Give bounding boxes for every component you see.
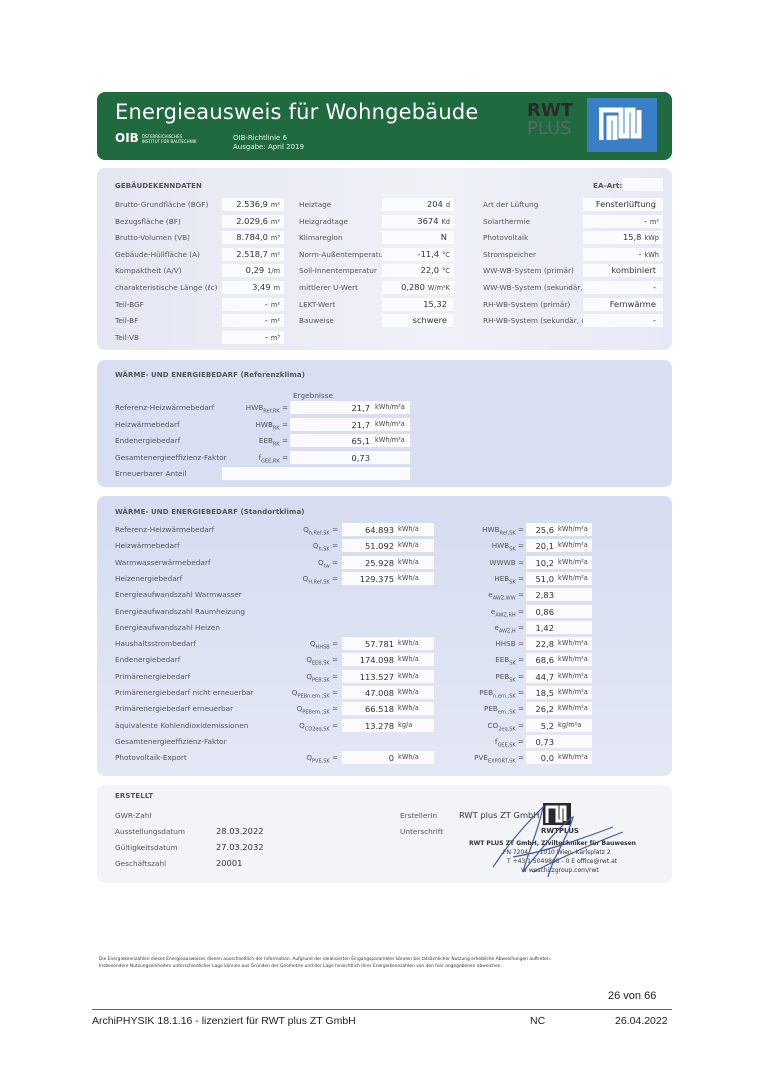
value-unit: m <box>274 284 280 292</box>
signature-stamp: RWTPLUS RWT PLUS ZT GmbH, Ziviltechniker… <box>463 797 673 885</box>
site-row-q-value: 64.893 <box>342 525 394 535</box>
site-row-q-symbol: QCO2eq,SK = <box>270 721 338 732</box>
site-row-s-value: 2,83 <box>526 590 554 600</box>
site-row-q-value: 129.375 <box>342 574 394 584</box>
field-value: 2.536,9m² <box>222 199 280 209</box>
ref-row-value: 65,1 <box>300 436 370 446</box>
site-row-s-unit: kWh/m²a <box>558 574 588 582</box>
site-row-s-value: 20,1 <box>526 541 554 551</box>
site-row-label: Gesamtenergieeffizienz-Faktor <box>115 737 227 746</box>
signature-label: Unterschrift <box>400 827 443 836</box>
field-label: RH-WB-System (sekundär, opt.) <box>483 316 599 325</box>
value-text: 0,29 <box>246 265 264 275</box>
site-row-q-unit: kWh/a <box>398 558 419 566</box>
site-row-s-unit: kWh/m²a <box>558 688 588 696</box>
field-value: -11,4°C <box>382 249 450 259</box>
site-row-s-value: 68,6 <box>526 655 554 665</box>
field-value: 3674Kd <box>382 216 450 226</box>
site-row-label: Heizenergiebedarf <box>115 574 182 583</box>
value-unit: Kd <box>441 218 450 226</box>
site-row-q-symbol: QH,Ref,SK = <box>270 574 338 585</box>
field-value: 2.029,6m² <box>222 216 280 226</box>
value-text: N <box>441 232 447 242</box>
issued-row-value: 27.03.2032 <box>216 842 264 852</box>
footer-divider <box>92 1009 672 1010</box>
value-text: 2.536,9 <box>236 199 268 209</box>
oib-logo: OIBÖSTERREICHISCHESINSTITUT FÜR BAUTECHN… <box>115 131 197 145</box>
site-row-s-symbol: eAWZ,H = <box>455 623 524 634</box>
ref-row-value: 21,7 <box>300 403 370 413</box>
ref-row-label: Heizwärmebedarf <box>115 420 180 429</box>
site-row-s-unit: kWh/m²a <box>558 541 588 549</box>
value-text: 3,49 <box>252 282 270 292</box>
site-row-q-symbol: Qh,SK = <box>270 541 338 552</box>
field-value: -m² <box>222 299 280 309</box>
issued-row-value: 28.03.2022 <box>216 826 264 836</box>
brand-name: RWT PLUS <box>527 102 573 138</box>
brand-line-2: PLUS <box>527 120 573 138</box>
value-unit: m² <box>271 201 280 209</box>
value-unit: m² <box>271 301 280 309</box>
section-title-reference-climate: WÄRME- UND ENERGIEBEDARF (Referenzklima) <box>115 371 305 379</box>
section-title-building-data: GEBÄUDEKENNDATEN <box>115 182 202 190</box>
value-text: 2.518,7 <box>236 249 268 259</box>
field-value: 3,49m <box>222 282 280 292</box>
value-text: 15,8 <box>623 232 641 242</box>
field-label: LEKT-Wert <box>299 300 335 309</box>
site-row-q-unit: kWh/a <box>398 753 419 761</box>
ea-art-label: EA-Art: <box>593 181 622 190</box>
site-row-label: Energieaufwandszahl Warmwasser <box>115 590 242 599</box>
site-row-s-value: 0,86 <box>526 607 554 617</box>
handwritten-signature <box>483 797 633 885</box>
issued-row-label: GWR-Zahl <box>115 811 151 820</box>
footer-date: 26.04.2022 <box>615 1015 668 1027</box>
value-text: - <box>265 332 268 342</box>
value-text: schwere <box>413 315 447 325</box>
ref-row-value: 0,73 <box>300 453 370 463</box>
issued-row-value: 20001 <box>216 858 242 868</box>
field-label: Photovoltaik <box>483 233 528 242</box>
site-row-q-unit: kWh/a <box>398 688 419 696</box>
site-row-q-value: 51.092 <box>342 541 394 551</box>
field-value: 15,32 <box>382 299 450 309</box>
value-text: - <box>644 216 647 226</box>
field-value: - <box>583 282 659 292</box>
site-row-q-value: 25.928 <box>342 558 394 568</box>
issued-row-label: Geschäftszahl <box>115 859 166 868</box>
value-text: -11,4 <box>418 249 439 259</box>
site-row-s-value: 25,6 <box>526 525 554 535</box>
field-value: -m³ <box>222 332 280 342</box>
site-row-s-unit: kWh/m²a <box>558 672 588 680</box>
ref-row-label: Erneuerbarer Anteil <box>115 469 186 478</box>
footer-code: NC <box>530 1015 545 1027</box>
site-row-q-symbol: QHHSB = <box>270 639 338 650</box>
value-text: - <box>638 249 641 259</box>
site-row-q-unit: kWh/a <box>398 525 419 533</box>
site-row-q-unit: kWh/a <box>398 541 419 549</box>
field-label: Gebäude-Hüllfläche (A) <box>115 250 200 259</box>
results-header: Ergebnisse <box>293 391 333 400</box>
document-title: Energieausweis für Wohngebäude <box>115 100 479 124</box>
value-unit: m² <box>650 218 659 226</box>
field-label: Teil-BF <box>115 316 138 325</box>
site-row-s-unit: kWh/m²a <box>558 525 588 533</box>
site-row-s-symbol: eAWZ,RH = <box>455 607 524 618</box>
ref-row-box <box>222 467 410 480</box>
field-label: Teil-VB <box>115 333 139 342</box>
site-row-label: Photovoltaik-Export <box>115 753 187 762</box>
section-title-site-climate: WÄRME- UND ENERGIEBEDARF (Standortklima) <box>115 508 305 516</box>
value-text: 8.784,0 <box>236 232 268 242</box>
field-label: Heizgradtage <box>299 217 348 226</box>
field-label: Teil-BGF <box>115 300 144 309</box>
issued-row-label: Ausstellungsdatum <box>115 827 185 836</box>
site-row-s-value: 1,42 <box>526 623 554 633</box>
site-row-q-unit: kWh/a <box>398 655 419 663</box>
site-row-label: Referenz-Heizwärmebedarf <box>115 525 214 534</box>
field-value: -m² <box>583 216 659 226</box>
value-unit: m³ <box>271 334 280 342</box>
site-row-s-value: 22,8 <box>526 639 554 649</box>
field-value: Fernwärme <box>583 299 659 309</box>
guideline-name: OIB-Richtlinie 6 <box>233 134 304 143</box>
field-value: 8.784,0m³ <box>222 232 280 242</box>
field-value: kombiniert <box>583 265 659 275</box>
ref-row-value: 21,7 <box>300 420 370 430</box>
section-title-issued: ERSTELLT <box>115 792 153 800</box>
field-value: 204d <box>382 199 450 209</box>
field-value: Fensterlüftung <box>583 199 659 209</box>
value-unit: kWp <box>644 234 659 242</box>
site-row-s-symbol: fGEE,SK = <box>455 737 524 748</box>
site-row-s-symbol: PEBSK = <box>455 672 524 683</box>
ref-row-symbol: fGEE,RK = <box>205 453 288 464</box>
value-unit: °C <box>442 267 450 275</box>
site-row-s-symbol: HWBRef,SK = <box>455 525 524 536</box>
ref-row-symbol: HWBRK = <box>205 420 288 431</box>
site-row-label: Energieaufwandszahl Heizen <box>115 623 220 632</box>
field-value: 0,280W/m²K <box>382 282 450 292</box>
site-row-q-symbol: QPEBern.,SK = <box>270 704 338 715</box>
value-unit: m² <box>271 251 280 259</box>
site-row-q-value: 66.518 <box>342 704 394 714</box>
site-row-q-symbol: QPEBn.ern.,SK = <box>270 688 338 699</box>
value-text: kombiniert <box>611 265 656 275</box>
site-row-s-symbol: HHSB = <box>455 639 524 648</box>
field-label: WW-WB-System (primär) <box>483 266 574 275</box>
value-text: - <box>265 315 268 325</box>
site-row-label: Warmwasserwärmebedarf <box>115 558 210 567</box>
field-value: 2.518,7m² <box>222 249 280 259</box>
site-row-q-unit: kWh/a <box>398 574 419 582</box>
site-row-s-symbol: PVEEXPORT,SK = <box>455 753 524 764</box>
site-row-s-unit: kWh/m²a <box>558 704 588 712</box>
value-unit: m³ <box>271 234 280 242</box>
ea-art-value <box>623 178 663 191</box>
field-label: Heiztage <box>299 200 331 209</box>
value-unit: kWh <box>644 251 659 259</box>
site-row-s-value: 26,2 <box>526 704 554 714</box>
field-label: Bezugsfläche (BF) <box>115 217 181 226</box>
value-text: 22,0 <box>421 265 439 275</box>
site-row-s-symbol: HEBSK = <box>455 574 524 585</box>
site-row-q-value: 174.098 <box>342 655 394 665</box>
value-text: 0,280 <box>401 282 425 292</box>
certificate-header: Energieausweis für Wohngebäude OIBÖSTERR… <box>97 92 672 160</box>
value-text: 15,32 <box>423 299 447 309</box>
ref-row-unit: kWh/m²a <box>375 420 405 428</box>
field-value: 22,0°C <box>382 265 450 275</box>
field-label: Art der Lüftung <box>483 200 538 209</box>
site-row-label: Haushaltsstrombedarf <box>115 639 196 648</box>
ref-row-symbol: HWBRef,RK = <box>205 403 288 414</box>
site-row-q-symbol: Qh,Ref,SK = <box>270 525 338 536</box>
field-value: N <box>382 232 450 242</box>
site-row-q-value: 57.781 <box>342 639 394 649</box>
site-row-label: Endenergiebedarf <box>115 655 180 664</box>
field-label: Brutto-Grundfläche (BGF) <box>115 200 208 209</box>
ref-row-label: Endenergiebedarf <box>115 436 180 445</box>
site-row-q-unit: kg/a <box>398 721 412 729</box>
site-row-s-value: 44,7 <box>526 672 554 682</box>
ref-row-label: Referenz-Heizwärmebedarf <box>115 403 214 412</box>
field-value: 15,8kWp <box>583 232 659 242</box>
site-row-q-value: 113.527 <box>342 672 394 682</box>
site-row-label: Energieaufwandszahl Raumheizung <box>115 607 245 616</box>
software-license: ArchiPHYSIK 18.1.16 - lizenziert für RWT… <box>92 1015 356 1027</box>
value-unit: m² <box>271 317 280 325</box>
issued-row-label: Gültigkeitsdatum <box>115 843 178 852</box>
site-row-label: Primärenergiebedarf erneuerbar <box>115 704 233 713</box>
site-row-s-unit: kWh/m²a <box>558 558 588 566</box>
field-value: 0,291/m <box>222 265 280 275</box>
value-unit: m² <box>271 218 280 226</box>
site-row-s-value: 0,73 <box>526 737 554 747</box>
value-text: - <box>265 299 268 309</box>
field-label: Klimaregion <box>299 233 343 242</box>
field-label: Bauweise <box>299 316 334 325</box>
rwt-logo-icon <box>587 98 657 152</box>
field-value: -m² <box>222 315 280 325</box>
site-row-s-value: 10,2 <box>526 558 554 568</box>
site-row-s-unit: kWh/m²a <box>558 655 588 663</box>
ref-row-unit: kWh/m²a <box>375 403 405 411</box>
site-row-s-value: 51,0 <box>526 574 554 584</box>
site-row-s-value: 5,2 <box>526 721 554 731</box>
field-label: Stromspeicher <box>483 250 536 259</box>
site-row-label: Primärenergiebedarf nicht erneuerbar <box>115 688 254 697</box>
value-text: 204 <box>427 199 443 209</box>
guideline-edition: Ausgabe: April 2019 <box>233 143 304 152</box>
ref-row-symbol: EEBRK = <box>205 436 288 447</box>
field-label: Solarthermie <box>483 217 530 226</box>
disclaimer: Die Energiekennzahlen dieses Energieausw… <box>99 956 679 970</box>
guideline-info: OIB-Richtlinie 6 Ausgabe: April 2019 <box>233 134 304 152</box>
site-row-s-unit: kg/m²a <box>558 721 581 729</box>
page-number: 26 von 66 <box>608 990 656 1002</box>
author-label: ErstellerIn <box>400 811 437 820</box>
site-row-label: Heizwärmebedarf <box>115 541 180 550</box>
field-value: schwere <box>382 315 450 325</box>
value-text: - <box>653 315 656 325</box>
field-label: charakteristische Länge (ℓc) <box>115 283 217 292</box>
disclaimer-line-1: Die Energiekennzahlen dieses Energieausw… <box>99 956 679 963</box>
site-row-s-symbol: EEBSK = <box>455 655 524 666</box>
disclaimer-line-2: Insbesondere Nutzungseinheiten unterschi… <box>99 963 679 970</box>
value-text: Fernwärme <box>610 299 656 309</box>
site-row-s-symbol: HWBSK = <box>455 541 524 552</box>
field-value: - <box>583 315 659 325</box>
site-row-q-unit: kWh/a <box>398 672 419 680</box>
site-row-q-value: 0 <box>342 753 394 763</box>
site-row-s-symbol: PEBn.ern.,SK = <box>455 688 524 699</box>
site-row-s-value: 0,0 <box>526 753 554 763</box>
value-text: - <box>653 282 656 292</box>
site-row-q-symbol: QPEB,SK = <box>270 672 338 683</box>
value-text: Fensterlüftung <box>596 199 656 209</box>
site-row-q-unit: kWh/a <box>398 639 419 647</box>
site-row-label: Primärenergiebedarf <box>115 672 190 681</box>
value-unit: 1/m <box>267 267 280 275</box>
value-unit: °C <box>442 251 450 259</box>
field-label: mittlerer U-Wert <box>299 283 358 292</box>
value-unit: W/m²K <box>428 284 450 292</box>
value-unit: d <box>446 201 450 209</box>
oib-subtitle-2: INSTITUT FÜR BAUTECHNIK <box>142 139 197 144</box>
site-row-s-symbol: WWWB = <box>455 558 524 567</box>
field-label: Soll-Innentemperatur <box>299 266 377 275</box>
site-row-label: äquivalente Kohlendioxidemissionen <box>115 721 248 730</box>
field-value: -kWh <box>583 249 659 259</box>
site-row-q-value: 47.008 <box>342 688 394 698</box>
field-label: Norm-Außentemperatur <box>299 250 386 259</box>
site-row-q-symbol: QEEB,SK = <box>270 655 338 666</box>
value-text: 2.029,6 <box>236 216 268 226</box>
site-row-q-value: 13.278 <box>342 721 394 731</box>
site-row-s-symbol: CO2eq,SK = <box>455 721 524 732</box>
field-label: Kompaktheit (A/V) <box>115 266 182 275</box>
field-label: Brutto-Volumen (VB) <box>115 233 190 242</box>
field-label: RH-WB-System (primär) <box>483 300 570 309</box>
site-row-q-unit: kWh/a <box>398 704 419 712</box>
site-row-s-symbol: eAWZ,WW = <box>455 590 524 601</box>
site-row-s-symbol: PEBern.,SK = <box>455 704 524 715</box>
site-row-q-symbol: QPVE,SK = <box>270 753 338 764</box>
site-row-s-unit: kWh/m²a <box>558 753 588 761</box>
site-row-s-value: 18,5 <box>526 688 554 698</box>
site-row-s-unit: kWh/m²a <box>558 639 588 647</box>
oib-logo-text: OIB <box>115 131 139 145</box>
ref-row-unit: kWh/m²a <box>375 436 405 444</box>
value-text: 3674 <box>417 216 438 226</box>
site-row-q-symbol: Qtw = <box>270 558 338 569</box>
